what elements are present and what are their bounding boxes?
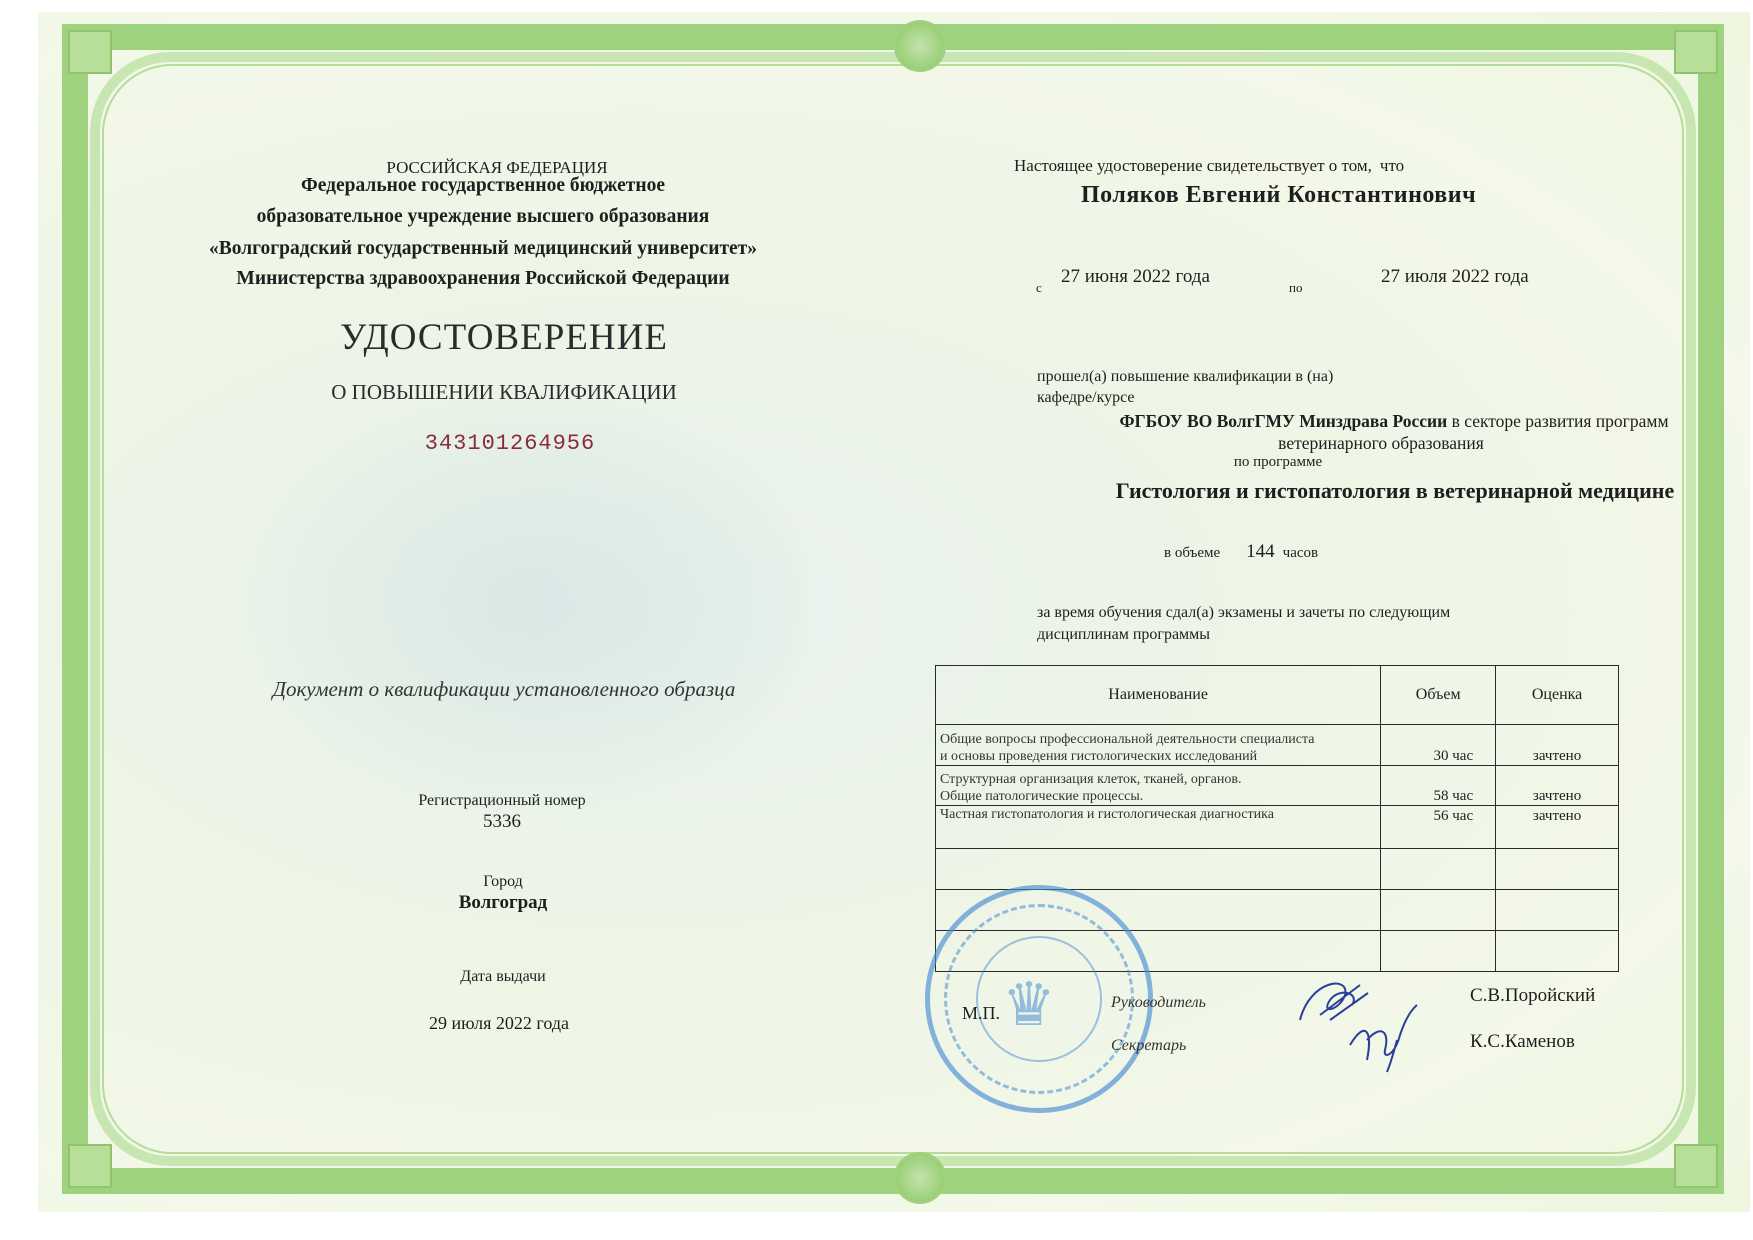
from-label: с — [1036, 280, 1042, 296]
corner-ornament — [68, 30, 112, 74]
header-volume: Объем — [1381, 666, 1496, 725]
table-row-empty — [936, 849, 1619, 890]
seal-label: М.П. — [962, 1003, 1000, 1024]
issue-date-label: Дата выдачи — [460, 968, 545, 986]
signatory-name: К.С.Каменов — [1470, 1031, 1575, 1053]
department-line-2: ветеринарного образования — [1278, 433, 1484, 454]
discipline-name: Общие вопросы профессиональной деятельно… — [936, 725, 1381, 766]
program-label: по программе — [1234, 454, 1322, 471]
organization-line: Министерства здравоохранения Российской … — [236, 268, 729, 290]
passed-text: прошел(а) повышение квалификации в (на) — [1037, 368, 1333, 386]
certification-intro: Настоящее удостоверение свидетельствует … — [1014, 156, 1404, 176]
to-date: 27 июля 2022 года — [1381, 266, 1529, 288]
department-rest: в секторе развития программ — [1447, 411, 1668, 431]
table-header-row: Наименование Объем Оценка — [936, 666, 1619, 725]
signature-2-icon — [1345, 1000, 1425, 1075]
discipline-name: Частная гистопатология и гистологическая… — [936, 806, 1381, 849]
organization-line: образовательное учреждение высшего образ… — [257, 206, 710, 228]
document-type: Документ о квалификации установленного о… — [273, 677, 736, 702]
program-name: Гистология и гистопатология в ветеринарн… — [1116, 478, 1674, 504]
document-subtitle: О ПОВЫШЕНИИ КВАЛИФИКАЦИИ — [331, 380, 677, 405]
discipline-grade: зачтено — [1496, 806, 1619, 849]
rosette-ornament — [894, 20, 946, 72]
signatory-name: С.В.Поройский — [1470, 985, 1595, 1007]
corner-ornament — [68, 1144, 112, 1188]
to-label: по — [1289, 280, 1302, 296]
department-label: кафедре/курсе — [1037, 389, 1135, 407]
signatory-role: Руководитель — [1111, 994, 1206, 1012]
organization-line: Федеральное государственное бюджетное — [301, 175, 665, 197]
exams-text: дисциплинам программы — [1037, 626, 1210, 644]
rosette-ornament — [894, 1152, 946, 1204]
volume-unit: часов — [1283, 545, 1318, 561]
discipline-name-line: Частная гистопатология и гистологическая… — [940, 806, 1376, 823]
holder-full-name: Поляков Евгений Константинович — [1081, 182, 1476, 209]
table-row: Структурная организация клеток, тканей, … — [936, 766, 1619, 806]
serial-number: 343101264956 — [425, 431, 595, 456]
discipline-name: Структурная организация клеток, тканей, … — [936, 766, 1381, 806]
department-line: ФГБОУ ВО ВолгГМУ Минздрава России в сект… — [1119, 411, 1668, 432]
header-grade: Оценка — [1496, 666, 1619, 725]
discipline-volume: 30 час — [1381, 725, 1496, 766]
discipline-grade: зачтено — [1496, 725, 1619, 766]
table-row: Частная гистопатология и гистологическая… — [936, 806, 1619, 849]
discipline-name-line: и основы проведения гистологических иссл… — [940, 748, 1376, 765]
document-title: УДОСТОВЕРЕНИЕ — [340, 316, 668, 359]
city-value: Волгоград — [459, 892, 548, 914]
header-name: Наименование — [936, 666, 1381, 725]
discipline-name-line: Общие патологические процессы. — [940, 788, 1376, 805]
eagle-emblem-icon: ♛ — [1002, 970, 1056, 1040]
issue-date: 29 июля 2022 года — [429, 1013, 569, 1034]
intro-that: что — [1380, 156, 1404, 175]
discipline-name-line: Общие вопросы профессиональной деятельно… — [940, 731, 1376, 748]
corner-ornament — [1674, 30, 1718, 74]
volume-label: в объеме — [1164, 545, 1220, 561]
discipline-volume: 58 час — [1381, 766, 1496, 806]
intro-text: Настоящее удостоверение свидетельствует … — [1014, 156, 1372, 175]
table-row: Общие вопросы профессиональной деятельно… — [936, 725, 1619, 766]
organization-line: «Волгоградский государственный медицинск… — [209, 238, 757, 260]
registration-number: 5336 — [483, 811, 521, 833]
signatory-role: Секретарь — [1111, 1037, 1186, 1055]
from-date: 27 июня 2022 года — [1061, 266, 1210, 288]
registration-label: Регистрационный номер — [418, 792, 585, 810]
corner-ornament — [1674, 1144, 1718, 1188]
city-label: Город — [483, 873, 523, 891]
department-bold: ФГБОУ ВО ВолгГМУ Минздрава России — [1119, 411, 1447, 431]
discipline-name-line: Структурная организация клеток, тканей, … — [940, 771, 1376, 788]
exams-text: за время обучения сдал(а) экзамены и зач… — [1037, 604, 1450, 622]
volume-hours: 144 — [1246, 541, 1275, 562]
volume-line: в объеме144часов — [1164, 541, 1318, 563]
discipline-grade: зачтено — [1496, 766, 1619, 806]
discipline-volume: 56 час — [1381, 806, 1496, 849]
